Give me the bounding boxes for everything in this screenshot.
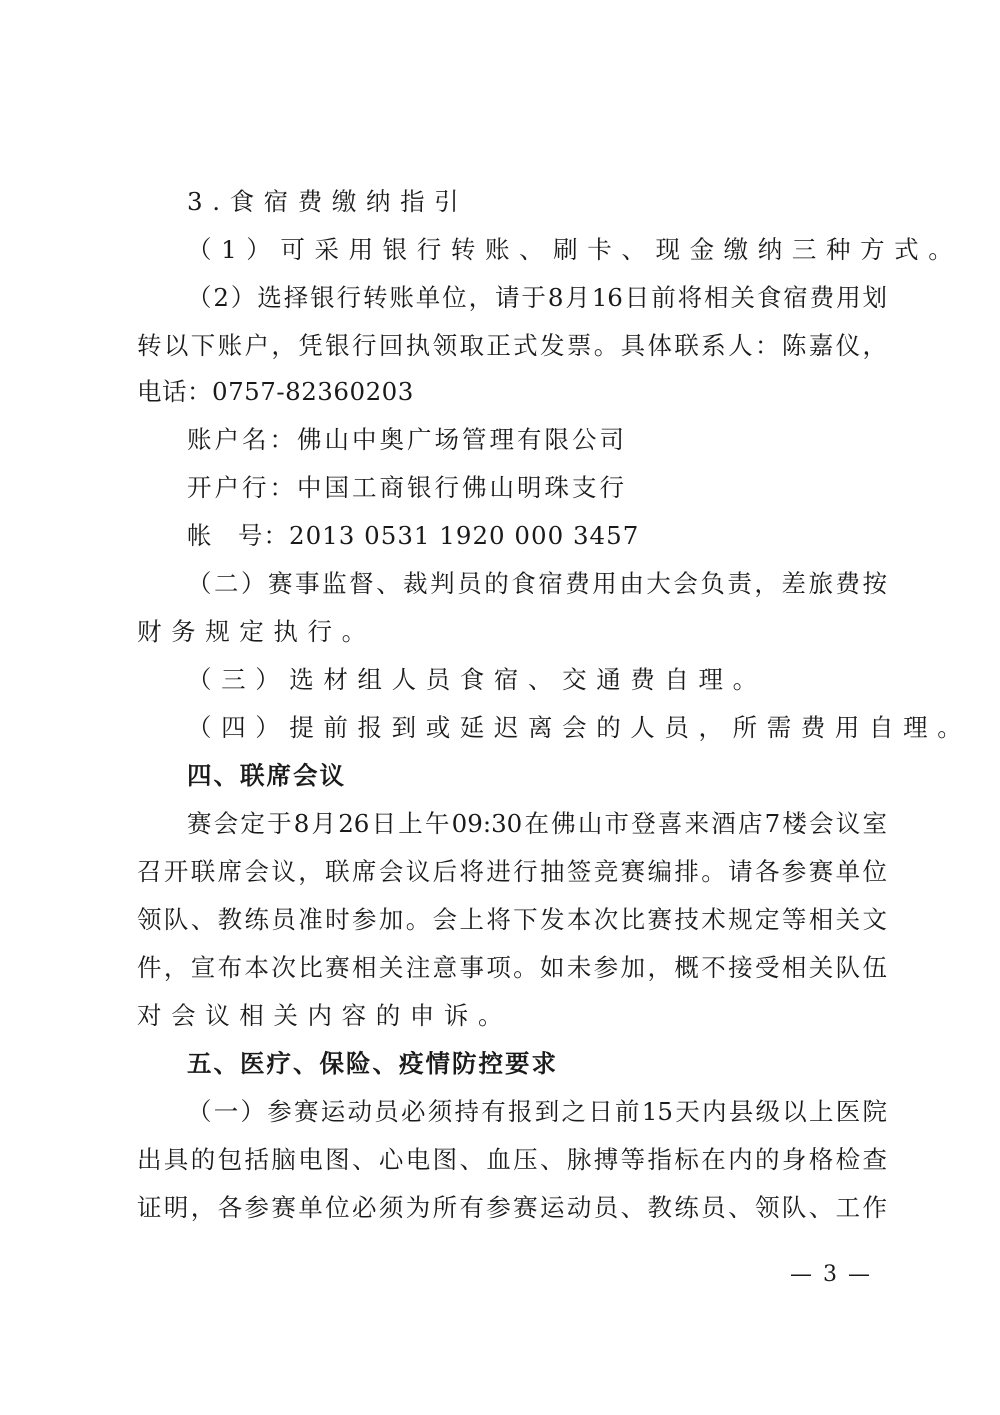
paragraph-meeting-line-1: 赛会定于8月26日上午09:30在佛山市登喜来酒店7楼会议室 <box>187 804 887 844</box>
account-number: 帐 号：2013 0531 1920 000 3457 <box>187 516 887 556</box>
account-name: 账户名：佛山中奥广场管理有限公司 <box>187 420 887 460</box>
paragraph-bank-transfer-line-1: （2）选择银行转账单位，请于8月16日前将相关食宿费用划 <box>187 278 887 318</box>
section-heading-medical-insurance: 五、医疗、保险、疫情防控要求 <box>187 1044 887 1084</box>
paragraph-referee-expenses-line-2: 财务规定执行。 <box>137 612 887 652</box>
page-number: — 3 — <box>790 1262 872 1287</box>
paragraph-medical-line-2: 出具的包括脑电图、心电图、血压、脉搏等指标在内的身格检查 <box>137 1140 887 1180</box>
paragraph-referee-expenses-line-1: （二）赛事监督、裁判员的食宿费用由大会负责，差旅费按 <box>187 564 887 604</box>
opening-bank: 开户行：中国工商银行佛山明珠支行 <box>187 468 887 508</box>
subsection-heading-fee-payment-guide: 3.食宿费缴纳指引 <box>187 182 887 222</box>
paragraph-meeting-line-5: 对会议相关内容的申诉。 <box>137 996 887 1036</box>
paragraph-medical-line-1: （一）参赛运动员必须持有报到之日前15天内县级以上医院 <box>187 1092 887 1132</box>
section-heading-joint-meeting: 四、联席会议 <box>187 756 887 796</box>
paragraph-meeting-line-2: 召开联席会议，联席会议后将进行抽签竞赛编排。请各参赛单位 <box>137 852 887 892</box>
document-page: 3.食宿费缴纳指引 （1）可采用银行转账、刷卡、现金缴纳三种方式。 （2）选择银… <box>0 0 1000 1415</box>
paragraph-early-late-expenses: （四）提前报到或延迟离会的人员，所需费用自理。 <box>187 708 887 748</box>
paragraph-medical-line-3: 证明，各参赛单位必须为所有参赛运动员、教练员、领队、工作 <box>137 1188 887 1228</box>
paragraph-payment-methods: （1）可采用银行转账、刷卡、现金缴纳三种方式。 <box>187 230 887 270</box>
paragraph-selection-team-expenses: （三）选材组人员食宿、交通费自理。 <box>187 660 887 700</box>
paragraph-bank-transfer-line-2: 转以下账户，凭银行回执领取正式发票。具体联系人：陈嘉仪， <box>137 326 887 366</box>
contact-phone: 电话：0757-82360203 <box>137 372 887 412</box>
paragraph-meeting-line-3: 领队、教练员准时参加。会上将下发本次比赛技术规定等相关文 <box>137 900 887 940</box>
paragraph-meeting-line-4: 件，宣布本次比赛相关注意事项。如未参加，概不接受相关队伍 <box>137 948 887 988</box>
